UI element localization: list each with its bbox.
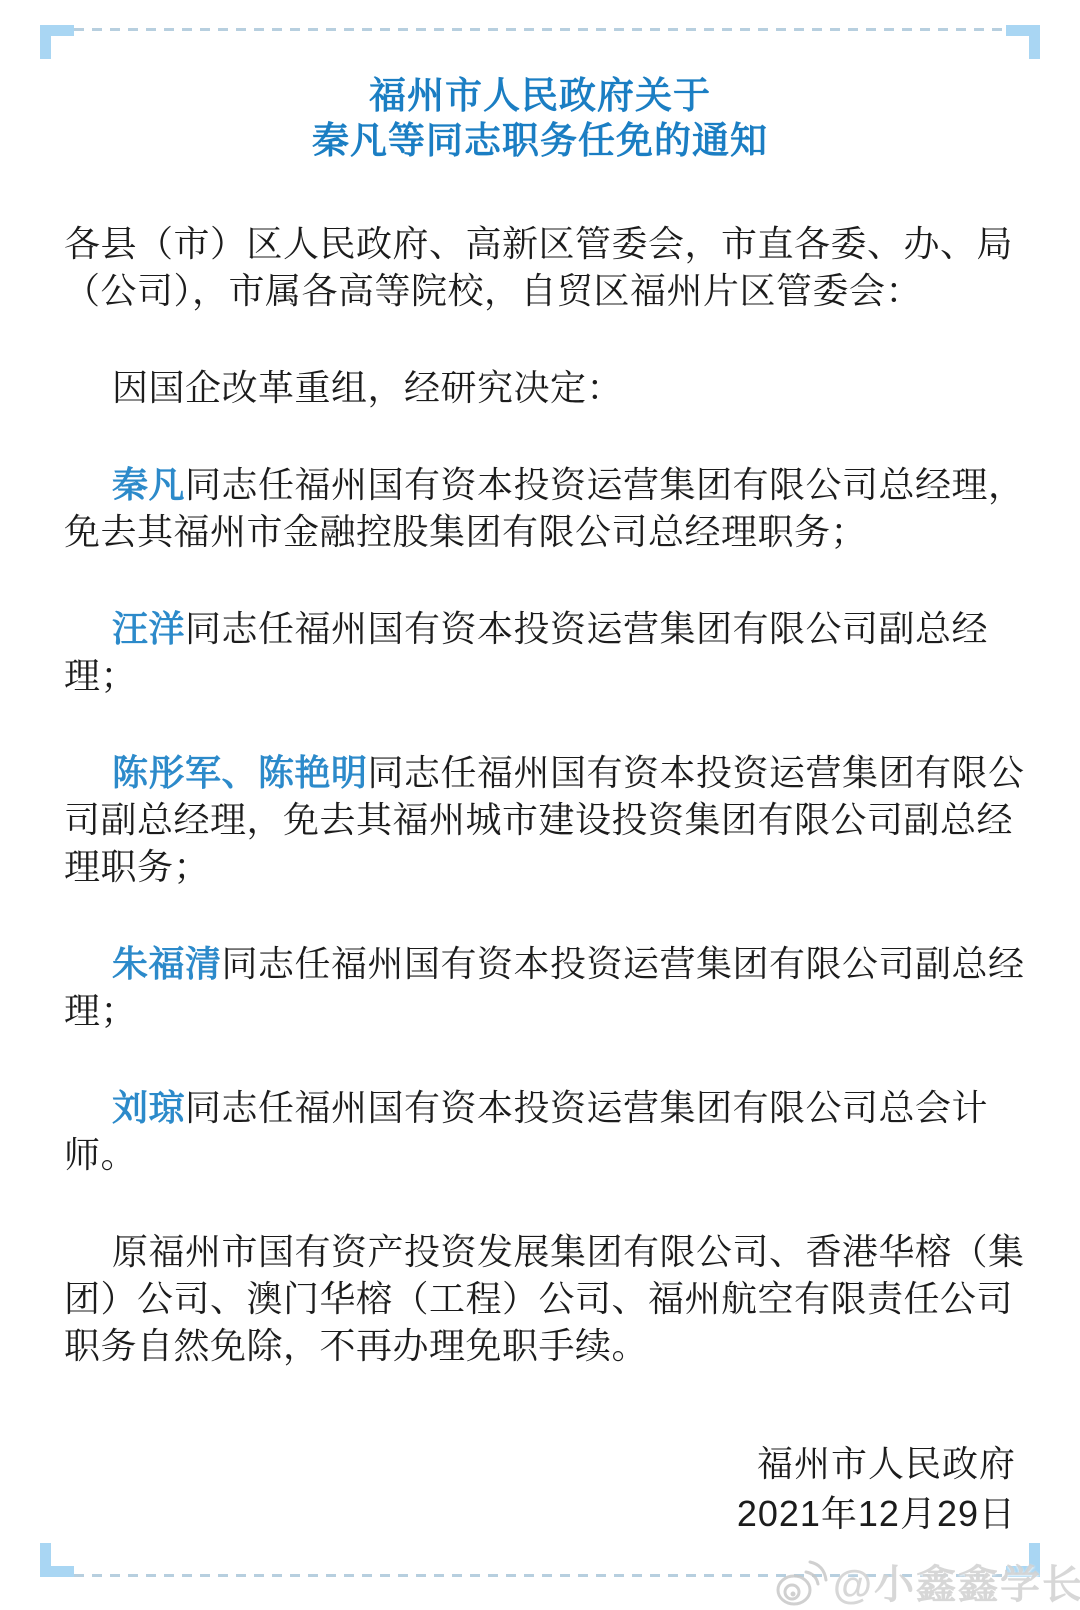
text-segment: 原福州市国有资产投资发展集团有限公司、香港华榕（集 (112, 1231, 1025, 1272)
text-line: 各县（市）区人民政府、高新区管委会，市直各委、办、局 (64, 220, 1016, 267)
text-segment: 同志任福州国有资本投资运营集团有限公 (368, 752, 1025, 793)
signature-org: 福州市人民政府 (64, 1439, 1016, 1489)
text-segment: 免去其福州市金融控股集团有限公司总经理职务； (64, 511, 867, 552)
signature-block: 福州市人民政府 2021年12月29日 (0, 1439, 1080, 1539)
document-title: 福州市人民政府关于 秦凡等同志职务任免的通知 (0, 73, 1080, 163)
text-segment: 理； (64, 990, 137, 1031)
text-segment: （公司），市属各高等院校，自贸区福州片区管委会： (64, 270, 922, 311)
text-segment: 理职务； (64, 846, 210, 887)
text-line: 免去其福州市金融控股集团有限公司总经理职务； (64, 508, 1016, 555)
text-segment: 因国企改革重组，经研究决定： (112, 367, 623, 408)
person-name-highlight: 汪洋 (112, 608, 185, 649)
text-segment: 团）公司、澳门华榕（工程）公司、福州航空有限责任公司 (64, 1278, 1013, 1319)
text-line: 理； (64, 987, 1016, 1034)
document-body: 各县（市）区人民政府、高新区管委会，市直各委、办、局（公司），市属各高等院校，自… (0, 220, 1080, 1369)
text-segment: 同志任福州国有资本投资运营集团有限公司副总经 (185, 608, 988, 649)
title-line-2: 秦凡等同志职务任免的通知 (0, 118, 1080, 163)
text-line: 理； (64, 652, 1016, 699)
text-line: 朱福清同志任福州国有资本投资运营集团有限公司副总经 (64, 940, 1016, 987)
text-segment: 理； (64, 655, 137, 696)
person-name-highlight: 朱福清 (112, 943, 222, 984)
text-segment: 职务自然免除，不再办理免职手续。 (64, 1325, 648, 1366)
paragraph: 原福州市国有资产投资发展集团有限公司、香港华榕（集团）公司、澳门华榕（工程）公司… (64, 1228, 1016, 1369)
paragraph: 朱福清同志任福州国有资本投资运营集团有限公司副总经理； (64, 940, 1016, 1034)
text-line: 汪洋同志任福州国有资本投资运营集团有限公司副总经 (64, 605, 1016, 652)
text-segment: 同志任福州国有资本投资运营集团有限公司总经理， (185, 464, 1025, 505)
text-segment: 司副总经理，免去其福州城市建设投资集团有限公司副总经 (64, 799, 1013, 840)
paragraph: 陈彤军、陈艳明同志任福州国有资本投资运营集团有限公司副总经理，免去其福州城市建设… (64, 749, 1016, 890)
dashed-border-top (74, 28, 1006, 31)
person-name-highlight: 陈彤军、陈艳明 (112, 752, 368, 793)
text-segment: 各县（市）区人民政府、高新区管委会，市直各委、办、局 (64, 223, 1013, 264)
text-line: 职务自然免除，不再办理免职手续。 (64, 1322, 1016, 1369)
text-segment: 师。 (64, 1134, 137, 1175)
text-line: 陈彤军、陈艳明同志任福州国有资本投资运营集团有限公 (64, 749, 1016, 796)
person-name-highlight: 刘琼 (112, 1087, 185, 1128)
text-line: 理职务； (64, 843, 1016, 890)
watermark: @小鑫鑫学长 (771, 1553, 1080, 1610)
text-line: 原福州市国有资产投资发展集团有限公司、香港华榕（集 (64, 1228, 1016, 1275)
weibo-logo-icon (771, 1555, 829, 1609)
text-line: （公司），市属各高等院校，自贸区福州片区管委会： (64, 267, 1016, 314)
paragraph: 因国企改革重组，经研究决定： (64, 364, 1016, 411)
signature-date: 2021年12月29日 (64, 1489, 1016, 1539)
paragraph: 刘琼同志任福州国有资本投资运营集团有限公司总会计师。 (64, 1084, 1016, 1178)
text-line: 师。 (64, 1131, 1016, 1178)
paragraph: 汪洋同志任福州国有资本投资运营集团有限公司副总经理； (64, 605, 1016, 699)
text-line: 司副总经理，免去其福州城市建设投资集团有限公司副总经 (64, 796, 1016, 843)
text-line: 秦凡同志任福州国有资本投资运营集团有限公司总经理， (64, 461, 1016, 508)
text-line: 团）公司、澳门华榕（工程）公司、福州航空有限责任公司 (64, 1275, 1016, 1322)
text-line: 刘琼同志任福州国有资本投资运营集团有限公司总会计 (64, 1084, 1016, 1131)
paragraph: 秦凡同志任福州国有资本投资运营集团有限公司总经理，免去其福州市金融控股集团有限公… (64, 461, 1016, 555)
corner-bracket-top-right (1006, 25, 1040, 59)
corner-bracket-bottom-left (40, 1543, 74, 1577)
corner-bracket-top-left (40, 25, 74, 59)
text-line: 因国企改革重组，经研究决定： (64, 364, 1016, 411)
text-segment: 同志任福州国有资本投资运营集团有限公司总会计 (185, 1087, 988, 1128)
text-segment: 同志任福州国有资本投资运营集团有限公司副总经 (222, 943, 1025, 984)
watermark-text: @小鑫鑫学长 (833, 1553, 1080, 1610)
paragraph: 各县（市）区人民政府、高新区管委会，市直各委、办、局（公司），市属各高等院校，自… (64, 220, 1016, 314)
person-name-highlight: 秦凡 (112, 464, 185, 505)
title-line-1: 福州市人民政府关于 (0, 73, 1080, 118)
